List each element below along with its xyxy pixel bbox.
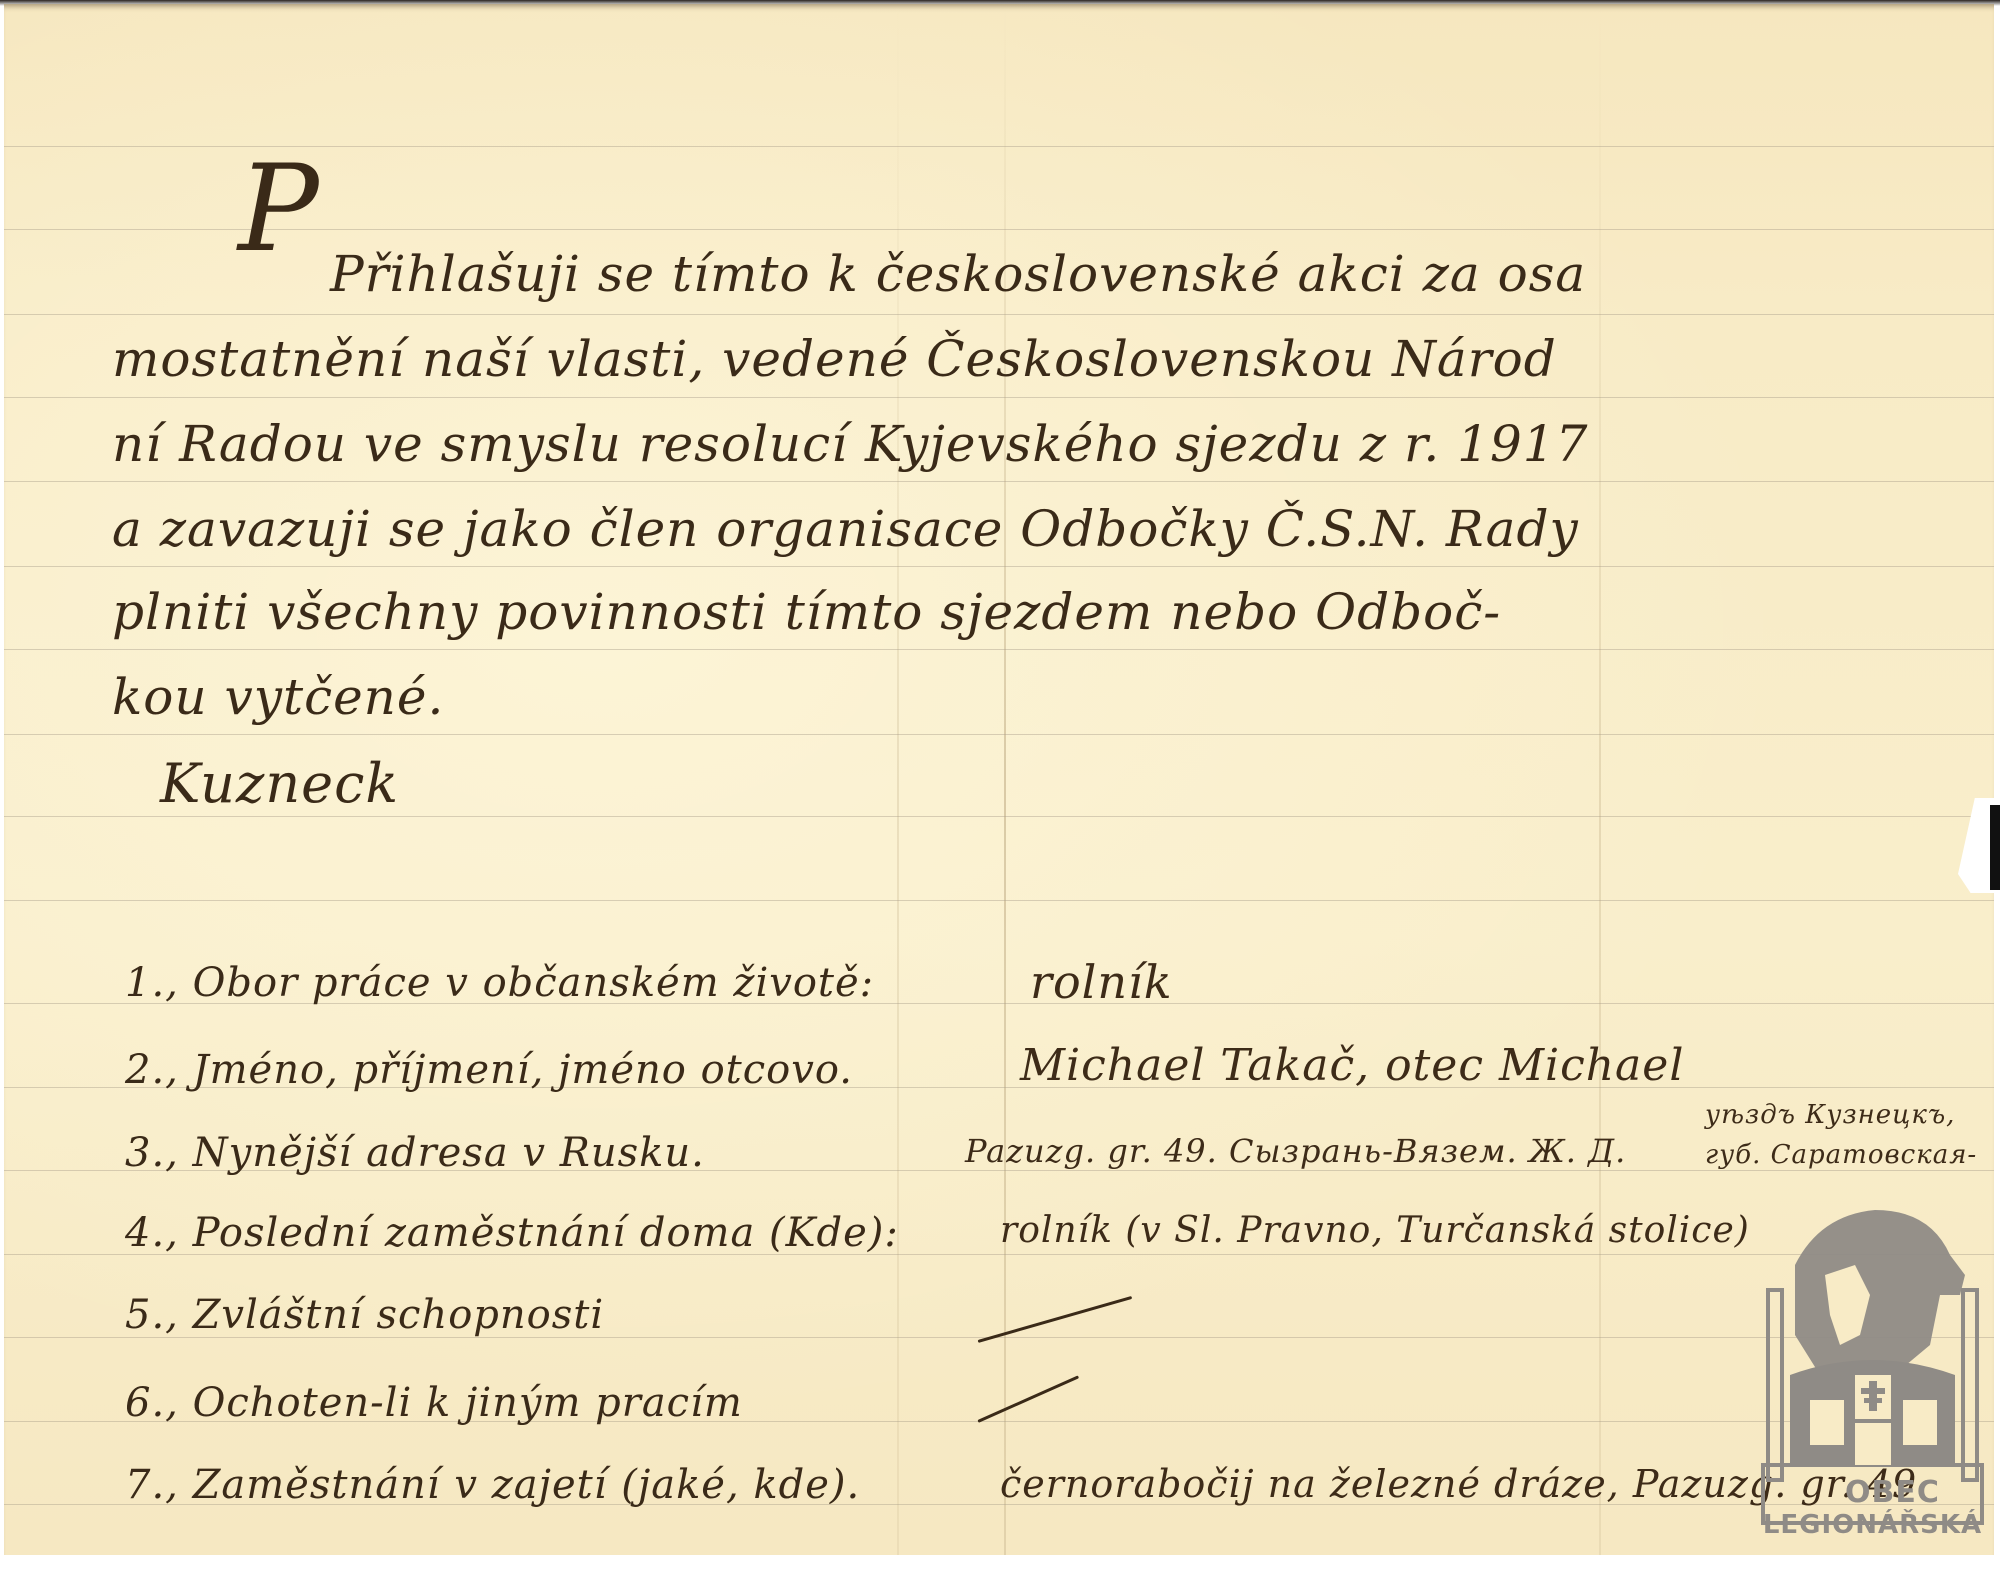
item-4-label: 4., Poslední zaměstnání doma (Kde): [125, 1210, 899, 1256]
ruled-line [4, 481, 1994, 482]
dropcap-letter: P [238, 150, 320, 270]
ruled-line [4, 314, 1994, 315]
item-1-answer: rolník [1030, 955, 1173, 1009]
item-3-answer: Pazuzg. gr. 49. Сызрань-Вязем. Ж. Д. [965, 1132, 1626, 1170]
watermark-line-1: OBEC [1760, 1475, 1985, 1510]
item-3-label: 3., Nynější adresa v Rusku. [125, 1130, 705, 1176]
item-2-label: 2., Jméno, příjmení, jméno otcovo. [125, 1047, 853, 1093]
scan-background-gap [1990, 805, 2000, 890]
item-2-answer: Michael Takač, otec Michael [1020, 1040, 1684, 1091]
item-3-answer-district: уѣздъ Кузнецкъ, [1705, 1100, 1955, 1130]
ruled-line [4, 816, 1994, 817]
watermark-line-2: LEGIONÁŘSKÁ [1760, 1510, 1985, 1540]
ruled-line [4, 566, 1994, 567]
declaration-line-4: a zavazuji se jako člen organisace Odboč… [112, 500, 1579, 558]
item-6-label: 6., Ochoten-li k jiným pracím [125, 1380, 743, 1426]
declaration-line-2: mostatnění naší vlasti, vedené Českoslov… [112, 330, 1557, 388]
item-7-label: 7., Zaměstnání v zajetí (jaké, kde). [125, 1462, 860, 1508]
declaration-line-3: ní Radou ve smyslu resolucí Kyjevského s… [112, 415, 1588, 473]
ruled-line [4, 900, 1994, 901]
ruled-line [4, 397, 1994, 398]
fold-line [1599, 4, 1601, 1559]
scan-bottom-margin [0, 1555, 2000, 1575]
item-4-answer: rolník (v Sl. Pravno, Turčanská stolice) [1000, 1210, 1750, 1251]
item-5-label: 5., Zvláštní schopnosti [125, 1292, 604, 1338]
item-1-label: 1., Obor práce v občanském životě: [125, 960, 874, 1006]
ruled-line [4, 649, 1994, 650]
fold-line [1004, 4, 1006, 1559]
declaration-line-1: Přihlašuji se tímto k československé akc… [330, 245, 1586, 303]
obec-legionarska-watermark: OBEC LEGIONÁŘSKÁ [1760, 1195, 1985, 1575]
item-3-answer-province: губ. Саратовская- [1705, 1140, 1977, 1170]
declaration-line-5: plniti všechny povinnosti tímto sjezdem … [112, 583, 1501, 641]
ruled-line [4, 734, 1994, 735]
signature: Kuzneck [160, 752, 399, 815]
declaration-line-6: kou vytčené. [112, 668, 444, 726]
fold-line [897, 4, 899, 1559]
